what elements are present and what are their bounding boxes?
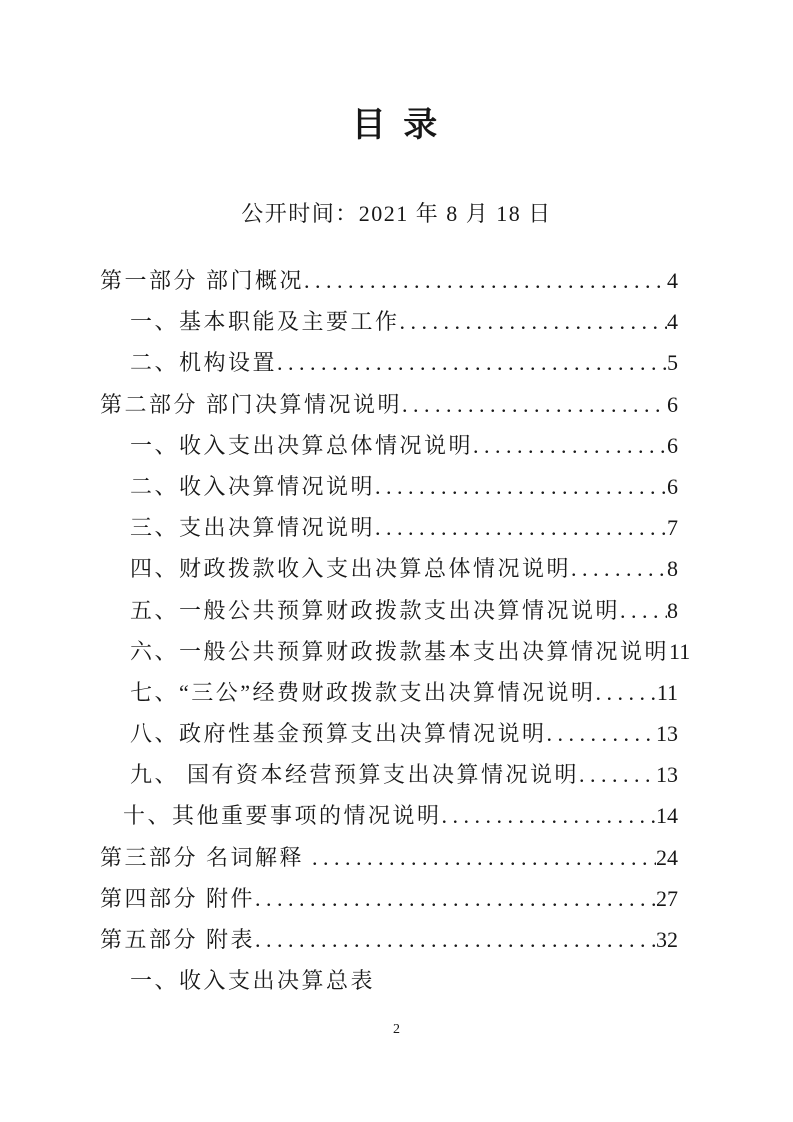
- toc-page-number: 7: [667, 507, 678, 548]
- toc-entry-part1: 第一部分 部门概况 . . . . . . . . . . . . . . . …: [100, 260, 678, 301]
- toc-entry-part2: 第二部分 部门决算情况说明 . . . . . . . . . . . . . …: [100, 384, 678, 425]
- toc-page-number: 6: [667, 466, 678, 507]
- toc-entry-label: 第三部分 名词解释: [100, 837, 312, 878]
- toc-entry: 十、其他重要事项的情况说明 . . . . . . . . . . . . . …: [100, 795, 678, 836]
- toc-leader-dots: . . . . . . . . . . . . . . . . . . . . …: [579, 754, 656, 795]
- toc-page-number: 4: [667, 301, 678, 342]
- toc-entry: 八、政府性基金预算支出决算情况说明 . . . . . . . . . . . …: [100, 713, 678, 754]
- toc-page-number: 4: [667, 260, 678, 301]
- toc-entry: 一、基本职能及主要工作 . . . . . . . . . . . . . . …: [100, 301, 678, 342]
- document-page: 目 录 公开时间：2021 年 8 月 18 日 第一部分 部门概况 . . .…: [0, 0, 793, 1122]
- page-title: 目 录: [0, 97, 793, 146]
- toc-entry-label: 第五部分 附表: [100, 919, 255, 960]
- toc-entry-label: 十、其他重要事项的情况说明: [123, 795, 442, 836]
- toc-entry-label: 九、 国有资本经营预算支出决算情况说明: [130, 754, 579, 795]
- toc-entry-label: 第一部分 部门概况: [100, 260, 304, 301]
- toc-leader-dots: . . . . . . . . . . . . . . . . . . . . …: [375, 466, 667, 507]
- toc-entry: 五、一般公共预算财政拨款支出决算情况说明 . . . . . . . . . .…: [100, 590, 678, 631]
- toc-page-number: 24: [656, 837, 678, 878]
- toc-page-number: 32: [656, 919, 678, 960]
- toc-entry-label: 八、政府性基金预算支出决算情况说明: [130, 713, 547, 754]
- toc-entry: 七、“三公”经费财政拨款支出决算情况说明 . . . . . . . . . .…: [100, 672, 678, 713]
- toc-leader-dots: . . . . . . . . . . . . . . . . . . . . …: [547, 713, 656, 754]
- toc-page-number: 11: [669, 631, 690, 672]
- toc-page-number: 5: [667, 342, 678, 383]
- toc-entry: 二、机构设置 . . . . . . . . . . . . . . . . .…: [100, 342, 678, 383]
- toc-page-number: 6: [667, 425, 678, 466]
- toc-entry-label: 二、机构设置: [130, 342, 277, 383]
- toc-leader-dots: . . . . . . . . . . . . . . . . . . . . …: [304, 260, 667, 301]
- toc-entry-label: 六、一般公共预算财政拨款基本支出决算情况说明: [130, 631, 669, 672]
- toc-entry-part4: 第四部分 附件 . . . . . . . . . . . . . . . . …: [100, 878, 678, 919]
- toc-entry-label: 第四部分 附件: [100, 878, 255, 919]
- toc-page-number: 27: [656, 878, 678, 919]
- toc-entry: 九、 国有资本经营预算支出决算情况说明 . . . . . . . . . . …: [100, 754, 678, 795]
- toc-leader-dots: . . . . . . . . . . . . . . . . . . . . …: [596, 672, 657, 713]
- toc-leader-dots: . . . . . . . . . . . . . . . . . . . . …: [442, 795, 656, 836]
- table-of-contents: 第一部分 部门概况 . . . . . . . . . . . . . . . …: [100, 260, 678, 1001]
- toc-entry-label: 三、支出决算情况说明: [130, 507, 375, 548]
- toc-leader-dots: . . . . . . . . . . . . . . . . . . . . …: [402, 384, 667, 425]
- toc-page-number: 13: [656, 754, 678, 795]
- toc-entry-label: 一、收入支出决算总表: [130, 960, 375, 1001]
- toc-entry: 二、收入决算情况说明 . . . . . . . . . . . . . . .…: [100, 466, 678, 507]
- toc-page-number: 8: [667, 590, 678, 631]
- toc-leader-dots: . . . . . . . . . . . . . . . . . . . . …: [571, 548, 667, 589]
- toc-entry: 四、财政拨款收入支出决算总体情况说明 . . . . . . . . . . .…: [100, 548, 678, 589]
- toc-leader-dots: . . . . . . . . . . . . . . . . . . . . …: [312, 837, 656, 878]
- toc-entry: 一、收入支出决算总体情况说明 . . . . . . . . . . . . .…: [100, 425, 678, 466]
- toc-entry-label: 一、基本职能及主要工作: [130, 301, 400, 342]
- toc-entry: 六、一般公共预算财政拨款基本支出决算情况说明 . . . . . . . . .…: [100, 631, 678, 672]
- toc-entry-label: 五、一般公共预算财政拨款支出决算情况说明: [130, 590, 620, 631]
- toc-entry: 三、支出决算情况说明 . . . . . . . . . . . . . . .…: [100, 507, 678, 548]
- toc-leader-dots: . . . . . . . . . . . . . . . . . . . . …: [473, 425, 667, 466]
- toc-entry: 一、收入支出决算总表: [100, 960, 678, 1001]
- toc-leader-dots: . . . . . . . . . . . . . . . . . . . . …: [375, 507, 667, 548]
- toc-entry-part5: 第五部分 附表 . . . . . . . . . . . . . . . . …: [100, 919, 678, 960]
- toc-leader-dots: . . . . . . . . . . . . . . . . . . . . …: [277, 342, 667, 383]
- toc-entry-label: 第二部分 部门决算情况说明: [100, 384, 402, 425]
- toc-page-number: 13: [656, 713, 678, 754]
- toc-page-number: 11: [657, 672, 678, 713]
- toc-page-number: 6: [667, 384, 678, 425]
- toc-page-number: 8: [667, 548, 678, 589]
- toc-leader-dots: . . . . . . . . . . . . . . . . . . . . …: [255, 878, 656, 919]
- toc-page-number: 14: [656, 795, 678, 836]
- toc-entry-label: 一、收入支出决算总体情况说明: [130, 425, 473, 466]
- toc-leader-dots: . . . . . . . . . . . . . . . . . . . . …: [400, 301, 667, 342]
- toc-leader-dots: . . . . . . . . . . . . . . . . . . . . …: [620, 590, 667, 631]
- publish-date: 公开时间：2021 年 8 月 18 日: [0, 197, 793, 228]
- toc-entry-part3: 第三部分 名词解释 . . . . . . . . . . . . . . . …: [100, 837, 678, 878]
- footer-page-number: 2: [0, 1022, 793, 1038]
- toc-entry-label: 七、“三公”经费财政拨款支出决算情况说明: [130, 672, 596, 713]
- toc-entry-label: 二、收入决算情况说明: [130, 466, 375, 507]
- toc-entry-label: 四、财政拨款收入支出决算总体情况说明: [130, 548, 571, 589]
- toc-leader-dots: . . . . . . . . . . . . . . . . . . . . …: [255, 919, 656, 960]
